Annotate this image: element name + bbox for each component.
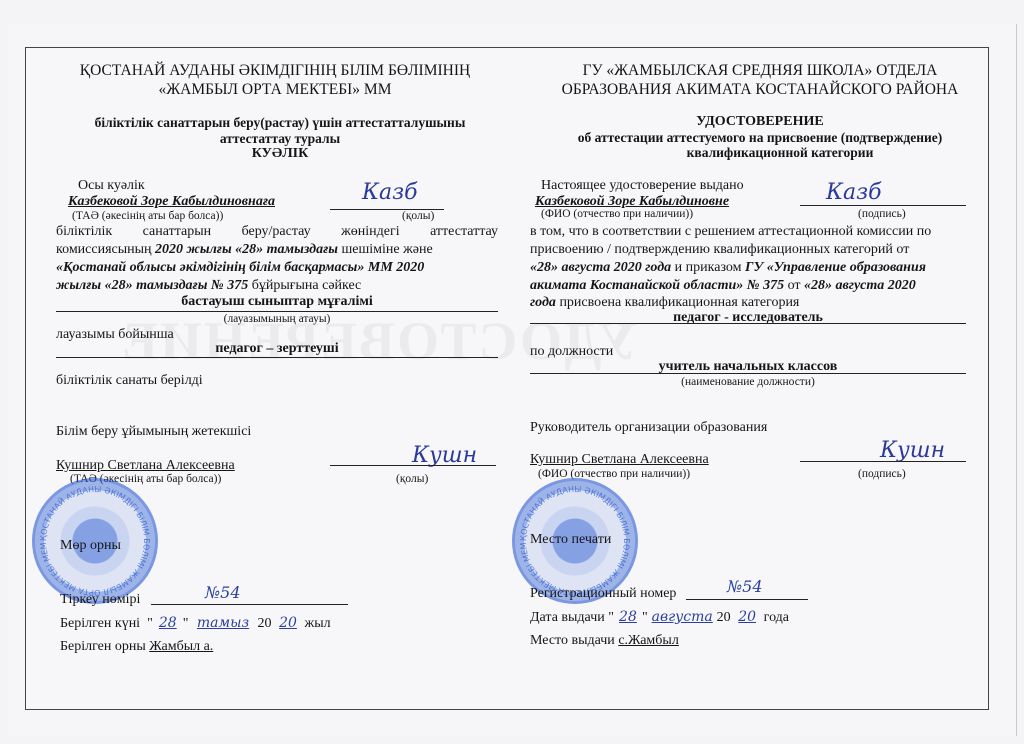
left-doc-title: КУӘЛІК [40,146,520,162]
authority: ГУ «Управление образования [745,260,926,275]
left-signature-caption: (қолы) [402,210,434,222]
issue-date-label: Дата выдачи [530,610,605,625]
left-category-value: педагог – зерттеуші [56,341,498,357]
right-position-label: по должности [530,344,613,360]
right-category-line [530,323,966,324]
issue-year-word: жыл [305,616,331,631]
decision-date: 2020 жылғы «28» тамыздағы [155,242,338,257]
decision-date: «28» августа 2020 года [530,260,671,275]
right-subtitle-line1: об аттестации аттестуемого на присвоение… [520,130,1000,146]
right-head-signature-caption: (подпись) [858,468,906,480]
issue-place-label: Берілген орны [60,639,146,654]
right-position-caption: (наименование должности) [530,376,966,388]
issue-place: с.Жамбыл [618,633,679,648]
text: года [530,295,556,310]
issue-year-suffix: 20 [275,615,301,631]
issue-year-word: года [764,610,789,625]
left-reg-number: №54 [205,583,241,602]
left-issue-place: Берілген орны Жамбыл а. [60,639,213,655]
left-recipient-caption: (ТАӘ (әкесінің аты бар болса)) [72,210,223,222]
right-recipient-signature: Казб [826,180,882,205]
left-body-line3: «Қостанай облысы әкімдігінің білім басқа… [56,260,424,276]
right-body-line3: «28» августа 2020 года и приказом ГУ «Уп… [530,260,926,276]
left-org-line2: «ЖАМБЫЛ ОРТА МЕКТЕБІ» ММ [40,80,510,99]
right-intro: Настоящее удостоверение выдано [541,178,744,194]
issue-place-label: Место выдачи [530,633,615,648]
order-ref: акимата Костанайской области» № 375 [530,278,784,293]
word: біліктілік [56,224,112,240]
left-head-label: Білім беру ұйымының жетекшісі [56,424,251,440]
issue-year-prefix: 20 [717,610,731,625]
left-body-line1: біліктілік санаттарын беру/растау жөнінд… [56,224,498,240]
issue-place: Жамбыл а. [149,639,213,654]
left-body-line2: комиссиясының 2020 жылғы «28» тамыздағы … [56,242,433,258]
right-recipient-caption: (ФИО (отчество при наличии)) [541,208,693,220]
right-reg-number: №54 [727,577,763,596]
left-org-line1: ҚОСТАНАЙ АУДАНЫ ӘКІМДІГІНІҢ БІЛІМ БӨЛІМІ… [40,61,510,80]
left-reg-label: Тіркеу нөмірі [60,592,140,608]
left-stamp-place: Мөр орны [60,538,121,554]
text: от [784,278,804,293]
right-head-name: Кушнир Светлана Алексеевна [530,452,709,468]
issue-day: 28 [153,615,183,631]
left-intro: Осы куәлік [78,178,145,194]
right-signature-line [800,205,966,206]
right-head-label: Руководитель организации образования [530,420,767,436]
right-issue-place: Место выдачи с.Жамбыл [530,633,679,649]
text: комиссиясының [56,242,155,257]
left-subtitle-line2: аттестаттау туралы [40,131,520,147]
left-recipient-name: Казбековой Зоре Кабылдиновнаға [68,194,275,210]
left-head-signature-caption: (қолы) [396,473,428,485]
left-reg-line [151,604,348,605]
text: и приказом [671,260,745,275]
right-body-line4: акимата Костанайской области» № 375 от «… [530,278,916,294]
left-head-name: Кушнир Светлана Алексеевна [56,458,235,474]
issue-year-prefix: 20 [258,616,272,631]
issue-year-suffix: 20 [734,609,760,625]
left-head-signature-line [330,465,496,466]
right-body-line2: присвоению / подтверждению квалификацион… [530,242,909,258]
left-category-line [56,357,498,358]
left-position-value: бастауыш сыныптар мұғалімі [56,294,498,310]
word: беру/растау [242,224,311,240]
right-stamp-place: Место печати [530,532,611,548]
right-body-line5: года присвоена квалификационная категори… [530,295,799,311]
right-doc-title: УДОСТОВЕРЕНИЕ [520,114,1000,130]
right-reg-label: Регистрационный номер [530,586,676,602]
word: жөніндегі [341,224,400,240]
right-body-line1: в том, что в соответствии с решением атт… [530,224,931,240]
right-head-signature-line [800,461,966,462]
left-issue-date: Берілген күні "28" тамыз 20 20 жыл [60,615,331,632]
word: санаттарын [143,224,211,240]
issue-date-label: Берілген күні [60,616,140,631]
order-ref: жылғы «28» тамыздағы № 375 [56,278,248,293]
right-issue-date: Дата выдачи "28" августа 20 20 года [530,609,789,626]
right-org-line2: ОБРАЗОВАНИЯ АКИМАТА КОСТАНАЙСКОГО РАЙОНА [520,80,1000,99]
text: шешіміне және [338,242,433,257]
right-head-name-caption: (ФИО (отчество при наличии)) [538,468,690,480]
left-position-line [56,311,498,312]
right-reg-line [686,599,808,600]
right-org-line1: ГУ «ЖАМБЫЛСКАЯ СРЕДНЯЯ ШКОЛА» ОТДЕЛА [520,61,1000,80]
issue-day: 28 [614,609,642,625]
issue-month: августа [651,609,713,625]
left-recipient-signature: Казб [362,180,418,205]
text: присвоена квалификационная категория [556,295,799,310]
left-subtitle-line1: біліктілік санаттарын беру(растау) үшін … [40,115,520,131]
right-position-line [530,373,966,374]
right-signature-caption: (подпись) [858,208,906,220]
word: аттестаттау [430,224,498,240]
issue-month: тамыз [192,615,254,631]
left-category-label: біліктілік санаты берілді [56,373,203,389]
right-subtitle-line2: квалификационной категории [560,145,1000,161]
right-head-signature: Кушн [880,438,945,463]
text: бұйрығына сәйкес [248,278,361,293]
left-body-line4: жылғы «28» тамыздағы № 375 бұйрығына сәй… [56,278,361,294]
left-position-caption: (лауазымының атауы) [56,313,498,325]
order-date: «28» августа 2020 [804,278,916,293]
